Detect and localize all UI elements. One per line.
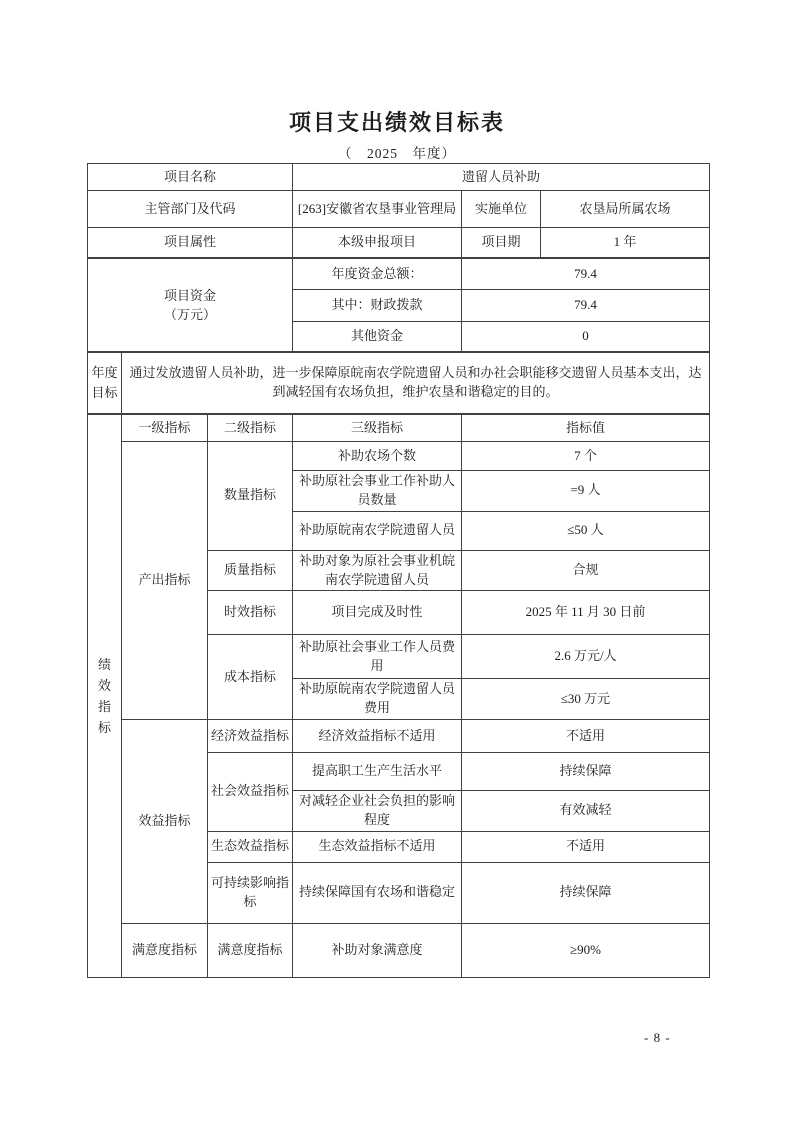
funds-total-row: 项目资金 （万元） 年度资金总额： 79.4 <box>88 259 710 290</box>
value-cell: 合规 <box>462 550 710 591</box>
indicator-cell: 补助对象为原社会事业机皖南农学院遗留人员 <box>293 550 462 591</box>
funds-other-value: 0 <box>462 322 710 352</box>
impl-unit-label: 实施单位 <box>462 191 541 228</box>
level1-output-cell: 产出指标 <box>122 442 208 720</box>
indicator-cell: 补助原皖南农学院遗留人员费用 <box>293 679 462 720</box>
document-page: 项目支出绩效目标表 （ 2025 年度） 项目名称 遗留人员补助 主管部门及代码… <box>0 0 794 1123</box>
perf-header-value: 指标值 <box>462 415 710 442</box>
annual-goal-text: 通过发放遗留人员补助，进一步保障原皖南农学院遗留人员和办社会职能移交遗留人员基本… <box>122 353 710 414</box>
value-cell: ≥90% <box>462 923 710 977</box>
page-subtitle: （ 2025 年度） <box>0 142 794 162</box>
project-name-row: 项目名称 遗留人员补助 <box>88 164 710 191</box>
level2-economic-cell: 经济效益指标 <box>208 720 293 753</box>
annual-goal-label: 年度目标 <box>91 363 119 403</box>
funds-other-label: 其他资金 <box>293 322 462 352</box>
level2-social-cell: 社会效益指标 <box>208 753 293 832</box>
funds-label: 项目资金 （万元） <box>88 259 293 352</box>
perf-header-level1: 一级指标 <box>122 415 208 442</box>
funds-fiscal-label: 其中：财政拨款 <box>293 290 462 322</box>
perf-side-label-cell: 绩效指标 <box>88 415 122 978</box>
dept-value: [263]安徽省农垦事业管理局 <box>293 191 462 228</box>
indicator-cell: 补助原皖南农学院遗留人员 <box>293 511 462 550</box>
funds-total-label: 年度资金总额： <box>293 259 462 290</box>
level2-quantity-cell: 数量指标 <box>208 442 293 551</box>
indicator-cell: 项目完成及时性 <box>293 591 462 635</box>
impl-unit-value: 农垦局所属农场 <box>541 191 710 228</box>
value-cell: =9 人 <box>462 471 710 512</box>
level1-benefit-cell: 效益指标 <box>122 720 208 924</box>
annual-goal-label-cell: 年度目标 <box>88 353 122 414</box>
indicator-cell: 补助原社会事业工作人员费用 <box>293 635 462 679</box>
indicator-cell: 补助对象满意度 <box>293 923 462 977</box>
indicator-cell: 提高职工生产生活水平 <box>293 753 462 791</box>
perf-row: 效益指标 经济效益指标 经济效益指标不适用 不适用 <box>88 720 710 753</box>
funds-total-value: 79.4 <box>462 259 710 290</box>
value-cell: 2025 年 11 月 30 日前 <box>462 591 710 635</box>
level2-cost-cell: 成本指标 <box>208 635 293 720</box>
funds-fiscal-value: 79.4 <box>462 290 710 322</box>
indicator-cell: 经济效益指标不适用 <box>293 720 462 753</box>
annual-goal-table: 年度目标 通过发放遗留人员补助，进一步保障原皖南农学院遗留人员和办社会职能移交遗… <box>87 352 710 414</box>
funds-label-line2: （万元） <box>90 305 290 325</box>
level2-sustainable-cell: 可持续影响指标 <box>208 862 293 923</box>
indicator-cell: 补助原社会事业工作补助人员数量 <box>293 471 462 512</box>
performance-table: 绩效指标 一级指标 二级指标 三级指标 指标值 产出指标 数量指标 补助农场个数… <box>87 414 710 978</box>
perf-row: 产出指标 数量指标 补助农场个数 7 个 <box>88 442 710 471</box>
level2-ecological-cell: 生态效益指标 <box>208 831 293 862</box>
value-cell: 不适用 <box>462 831 710 862</box>
period-value: 1 年 <box>541 228 710 258</box>
project-name-label: 项目名称 <box>88 164 293 191</box>
level2-satisfaction-cell: 满意度指标 <box>208 923 293 977</box>
level1-satisfaction-cell: 满意度指标 <box>122 923 208 977</box>
perf-header-row: 绩效指标 一级指标 二级指标 三级指标 指标值 <box>88 415 710 442</box>
value-cell: 不适用 <box>462 720 710 753</box>
page-number: - 8 - <box>644 1030 671 1046</box>
tables-area: 项目名称 遗留人员补助 主管部门及代码 [263]安徽省农垦事业管理局 实施单位… <box>87 163 709 978</box>
period-label: 项目期 <box>462 228 541 258</box>
perf-header-level3: 三级指标 <box>293 415 462 442</box>
indicator-cell: 生态效益指标不适用 <box>293 831 462 862</box>
value-cell: ≤30 万元 <box>462 679 710 720</box>
perf-side-label: 绩效指标 <box>98 654 112 738</box>
attribute-row: 项目属性 本级申报项目 项目期 1 年 <box>88 228 710 258</box>
value-cell: 持续保障 <box>462 862 710 923</box>
project-funds-table: 项目资金 （万元） 年度资金总额： 79.4 其中：财政拨款 79.4 其他资金… <box>87 258 710 352</box>
page-title: 项目支出绩效目标表 <box>0 106 794 137</box>
value-cell: 2.6 万元/人 <box>462 635 710 679</box>
value-cell: 持续保障 <box>462 753 710 791</box>
value-cell: 有效减轻 <box>462 791 710 832</box>
attribute-label: 项目属性 <box>88 228 293 258</box>
perf-row: 满意度指标 满意度指标 补助对象满意度 ≥90% <box>88 923 710 977</box>
indicator-cell: 补助农场个数 <box>293 442 462 471</box>
indicator-cell: 持续保障国有农场和谐稳定 <box>293 862 462 923</box>
annual-goal-row: 年度目标 通过发放遗留人员补助，进一步保障原皖南农学院遗留人员和办社会职能移交遗… <box>88 353 710 414</box>
attribute-value: 本级申报项目 <box>293 228 462 258</box>
level2-timeliness-cell: 时效指标 <box>208 591 293 635</box>
perf-header-level2: 二级指标 <box>208 415 293 442</box>
level2-quality-cell: 质量指标 <box>208 550 293 591</box>
indicator-cell: 对减轻企业社会负担的影响程度 <box>293 791 462 832</box>
value-cell: 7 个 <box>462 442 710 471</box>
dept-row: 主管部门及代码 [263]安徽省农垦事业管理局 实施单位 农垦局所属农场 <box>88 191 710 228</box>
project-info-table: 项目名称 遗留人员补助 主管部门及代码 [263]安徽省农垦事业管理局 实施单位… <box>87 163 710 258</box>
dept-label: 主管部门及代码 <box>88 191 293 228</box>
value-cell: ≤50 人 <box>462 511 710 550</box>
project-name-value: 遗留人员补助 <box>293 164 710 191</box>
funds-label-line1: 项目资金 <box>90 286 290 306</box>
